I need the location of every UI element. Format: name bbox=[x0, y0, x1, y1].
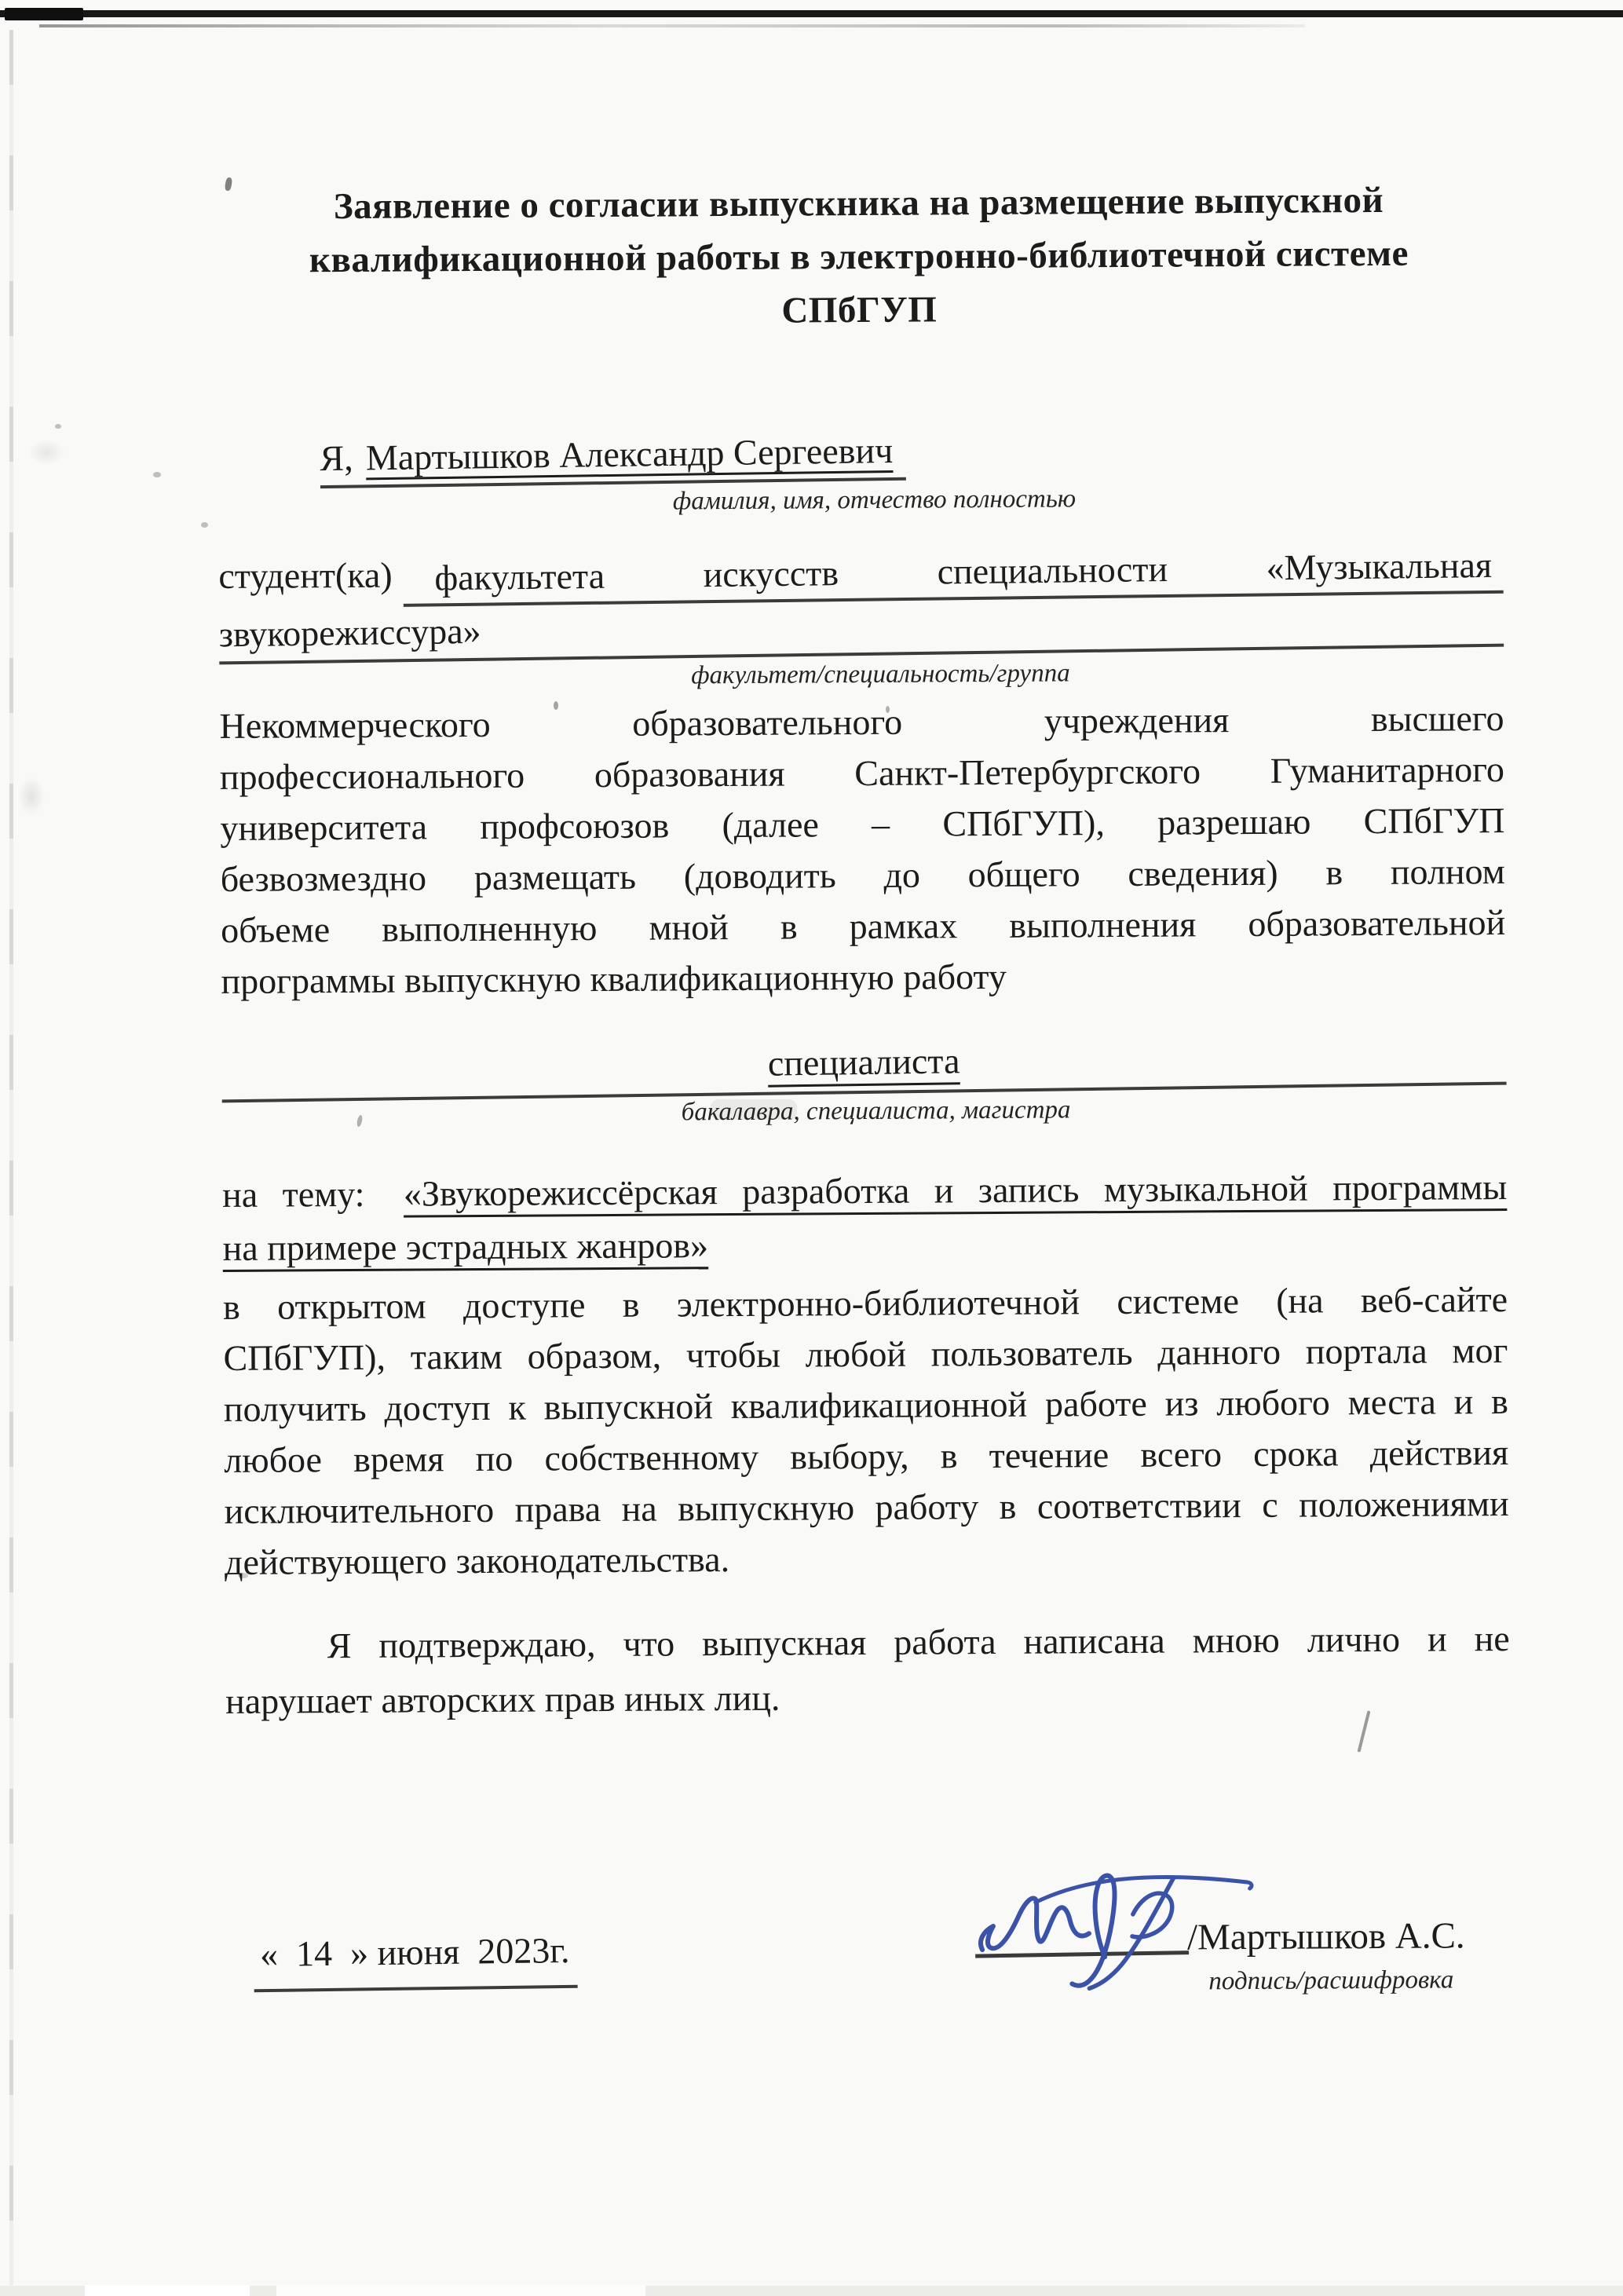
consent-line: безвозмездно размещать (доводить до обще… bbox=[221, 846, 1505, 905]
signature-caption: подпись/расшифровка bbox=[1208, 1964, 1453, 1997]
faculty-value-line-1: факультета искусств специальности «Музык… bbox=[403, 545, 1503, 607]
confirmation-line: Я подтверждаю, что выпускная работа напи… bbox=[225, 1611, 1510, 1674]
scan-speck bbox=[201, 522, 208, 528]
access-line: исключительного права на выпускную работ… bbox=[224, 1478, 1508, 1537]
title-line-3: СПбГУП bbox=[217, 280, 1501, 341]
topic-value-line-1: «Звукорежиссёрская разработка и запись м… bbox=[404, 1167, 1508, 1214]
consent-line: профессионального образования Санкт-Пете… bbox=[220, 744, 1504, 803]
consent-line: объеме выполненную мной в рамках выполне… bbox=[221, 897, 1505, 956]
scan-smudge bbox=[20, 433, 72, 471]
topic-value-line-2: на примере эстрадных жанров» bbox=[222, 1225, 708, 1268]
signature-name: /Мартышков А.С. bbox=[1187, 1910, 1465, 1963]
signature-stroke-tall-loop bbox=[1072, 1876, 1116, 1986]
confirmation-line: нарушает авторских прав иных лиц. bbox=[225, 1666, 1510, 1729]
scan-edge-left-line bbox=[9, 30, 13, 2285]
topic-prefix: на тему: bbox=[222, 1174, 379, 1215]
access-line: в открытом доступе в электронно-библиоте… bbox=[223, 1274, 1508, 1333]
consent-line: программы выпускную квалификационную раб… bbox=[221, 948, 1505, 1007]
consent-line: университета профсоюзов (далее – СПбГУП)… bbox=[220, 795, 1504, 854]
scan-edge-bottom-notch bbox=[85, 2285, 250, 2296]
access-line: действующего законодательства. bbox=[225, 1529, 1509, 1588]
faculty-prefix: студент(ка) bbox=[218, 555, 404, 605]
topic-line-1: на тему: «Звукорежиссёрская разработка и… bbox=[222, 1161, 1507, 1222]
degree-value: специалиста bbox=[767, 1040, 960, 1083]
signature-stroke-letters bbox=[981, 1898, 1089, 1950]
access-line: получить доступ к выпускной квалификацио… bbox=[224, 1376, 1508, 1435]
identity-field-row: Я, Мартышков Александр Сергеевич bbox=[320, 429, 906, 488]
identity-field-caption: фамилия, имя, отчество полностью bbox=[673, 481, 1503, 517]
faculty-field-caption: факультет/специальность/группа bbox=[691, 655, 1504, 691]
faculty-field-row: студент(ка) факультета искусств специаль… bbox=[218, 548, 1503, 605]
scan-edge-bottom-notch bbox=[276, 2285, 645, 2296]
identity-name-value: Мартышков Александр Сергеевич bbox=[353, 429, 906, 481]
title-line-2: квалификационной работы в электронно-биб… bbox=[217, 226, 1501, 287]
consent-line: Некоммерческого образовательного учрежде… bbox=[219, 693, 1504, 751]
topic-block: на тему: «Звукорежиссёрская разработка и… bbox=[222, 1161, 1508, 1275]
access-line: СПбГУП), таким образом, чтобы любой поль… bbox=[223, 1325, 1508, 1384]
access-paragraph: в открытом доступе в электронно-библиоте… bbox=[223, 1274, 1509, 1588]
date-field: « 14 » июня 2023г. bbox=[254, 1925, 578, 1992]
scan-speck bbox=[55, 424, 61, 429]
topic-line-2: на примере эстрадных жанров» bbox=[222, 1214, 1507, 1275]
access-line: любое время по собственному выбору, в те… bbox=[224, 1427, 1508, 1486]
footer-block: « 14 » июня 2023г. /Мартышков А.С. подпи… bbox=[227, 1898, 1512, 2078]
consent-paragraph: Некоммерческого образовательного учрежде… bbox=[219, 693, 1505, 1007]
scan-edge-top-left-cap bbox=[5, 8, 83, 20]
scanned-document-page: Заявление о согласии выпускника на разме… bbox=[0, 0, 1623, 2296]
identity-pronoun: Я, bbox=[320, 437, 353, 481]
document-title: Заявление о согласии выпускника на разме… bbox=[216, 173, 1501, 341]
title-line-1: Заявление о согласии выпускника на разме… bbox=[216, 173, 1501, 234]
confirmation-paragraph: Я подтверждаю, что выпускная работа напи… bbox=[225, 1611, 1511, 1729]
document-content: Заявление о согласии выпускника на разме… bbox=[215, 0, 1512, 2078]
scan-smudge bbox=[13, 770, 50, 823]
scan-speck bbox=[153, 472, 161, 477]
